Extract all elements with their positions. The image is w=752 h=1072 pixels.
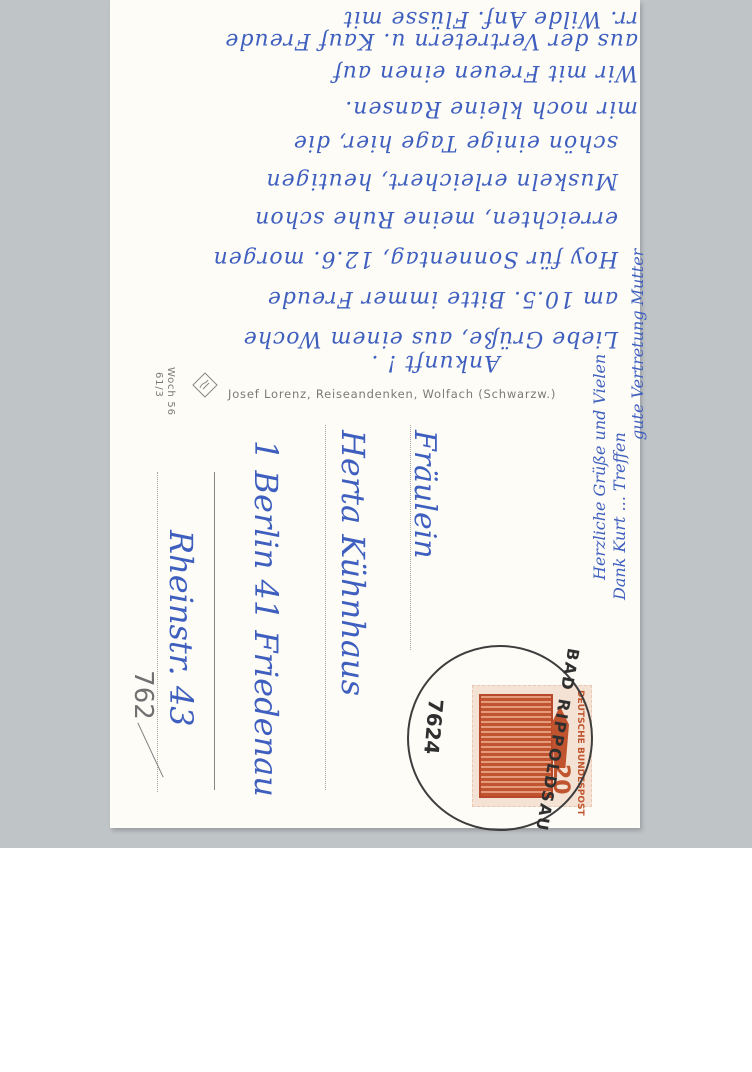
message-line: schön einige Tage hier, die	[118, 130, 618, 155]
address-dotted-line	[325, 425, 326, 790]
deckled-edge	[110, 822, 640, 830]
message-line: erreichten, meine Ruhe schon	[118, 206, 618, 231]
side-note-line: Herzliche Grüße und Vielen	[590, 354, 609, 580]
pencil-note: 762	[128, 670, 158, 720]
message-line: Liebe Grüße, aus einem Woche	[118, 326, 618, 351]
address-dotted-line	[157, 472, 158, 792]
address-line: Fräulein	[407, 430, 442, 559]
message-line: am 10.5. Bitte immer Freude	[118, 286, 618, 311]
catalog-code: Woch 56	[165, 367, 176, 416]
address-line: Rheinstr. 43	[162, 530, 200, 727]
message-line: Wir mit Freuen einen auf	[118, 60, 638, 85]
publisher-logo-icon	[192, 372, 218, 398]
message-line: Hoy für Sonnentag, 12.6. morgen	[118, 246, 618, 271]
message-line: aus der Vertretern u. Kauf Freude	[118, 28, 638, 53]
publisher-imprint: Josef Lorenz, Reiseandenken, Wolfach (Sc…	[228, 387, 556, 401]
address-line: Herta Kühnhaus	[334, 430, 372, 696]
side-note-line: Dank Kurt ... Treffen	[610, 432, 629, 600]
message-line: mir noch kleine Ransen.	[118, 96, 638, 121]
address-solid-line	[214, 472, 215, 790]
side-note-line: gute Vertretung Mutter	[628, 249, 647, 440]
address-line: 1 Berlin 41 Friedenau	[247, 440, 285, 797]
message-line: Muskeln erleichert, heutigen	[118, 168, 618, 193]
catalog-code-sub: 61/3	[153, 372, 164, 398]
postmark-postcode: 7624	[419, 698, 448, 756]
message-line: Ankunft ! .	[250, 350, 500, 375]
